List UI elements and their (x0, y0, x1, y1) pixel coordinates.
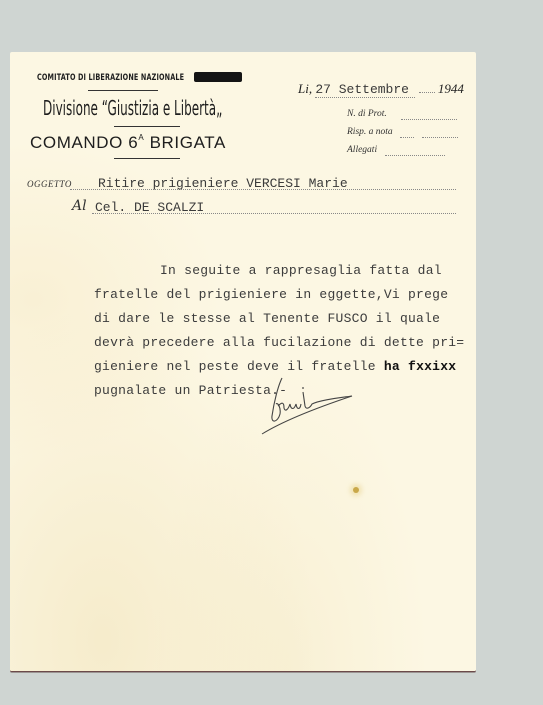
handwritten-signature (248, 372, 358, 436)
body-line-2: fratelle del prigieniere in eggette,Vi p… (94, 287, 448, 302)
letter-page: COMITATO DI LIBERAZIONE NAZIONALE Divisi… (10, 52, 476, 672)
body-line-1: In seguite a rappresaglia fatta dal (160, 263, 442, 278)
subject-value: Ritire prigieniere VERCESI Marie (98, 176, 348, 191)
attachments-line (385, 155, 445, 156)
command-suffix: BRIGATA (144, 133, 226, 152)
command-heading: COMANDO 6A BRIGATA (30, 133, 226, 153)
command-text: COMANDO 6 (30, 133, 138, 152)
paper-punch-mark (353, 487, 359, 493)
redaction-bar (194, 72, 242, 82)
body-line-3: di dare le stesse al Tenente FUSCO il qu… (94, 311, 440, 326)
addressee-label: Al (72, 198, 87, 214)
date-value: 27 Settembre (315, 82, 415, 98)
place-prefix: Li, (298, 81, 312, 96)
protocol-number-label: N. di Prot. (347, 109, 387, 119)
struck-through-text: ha fxxixx (384, 359, 456, 374)
reply-to-note-label: Risp. a nota (347, 127, 393, 137)
subject-label: OGGETTO (27, 179, 72, 189)
date-line: Li, 27 Settembre 1944 (298, 81, 464, 98)
date-dots (419, 92, 435, 93)
attachments-label: Allegati (347, 145, 377, 155)
reply-to-note-line-b (422, 137, 458, 138)
divider-rule (114, 158, 180, 159)
reply-to-note-line-a (400, 137, 414, 138)
divider-rule (114, 126, 180, 127)
committee-heading: COMITATO DI LIBERAZIONE NAZIONALE (37, 73, 184, 83)
body-line-4: devrà precedere alla fucilazione di dett… (94, 335, 464, 350)
protocol-number-line (401, 119, 457, 120)
division-heading: Divisione “Giustizia e Libertà„ (43, 96, 222, 120)
divider-rule (88, 90, 158, 91)
addressee-value: Cel. DE SCALZI (95, 200, 204, 215)
year-value: 1944 (438, 81, 464, 96)
